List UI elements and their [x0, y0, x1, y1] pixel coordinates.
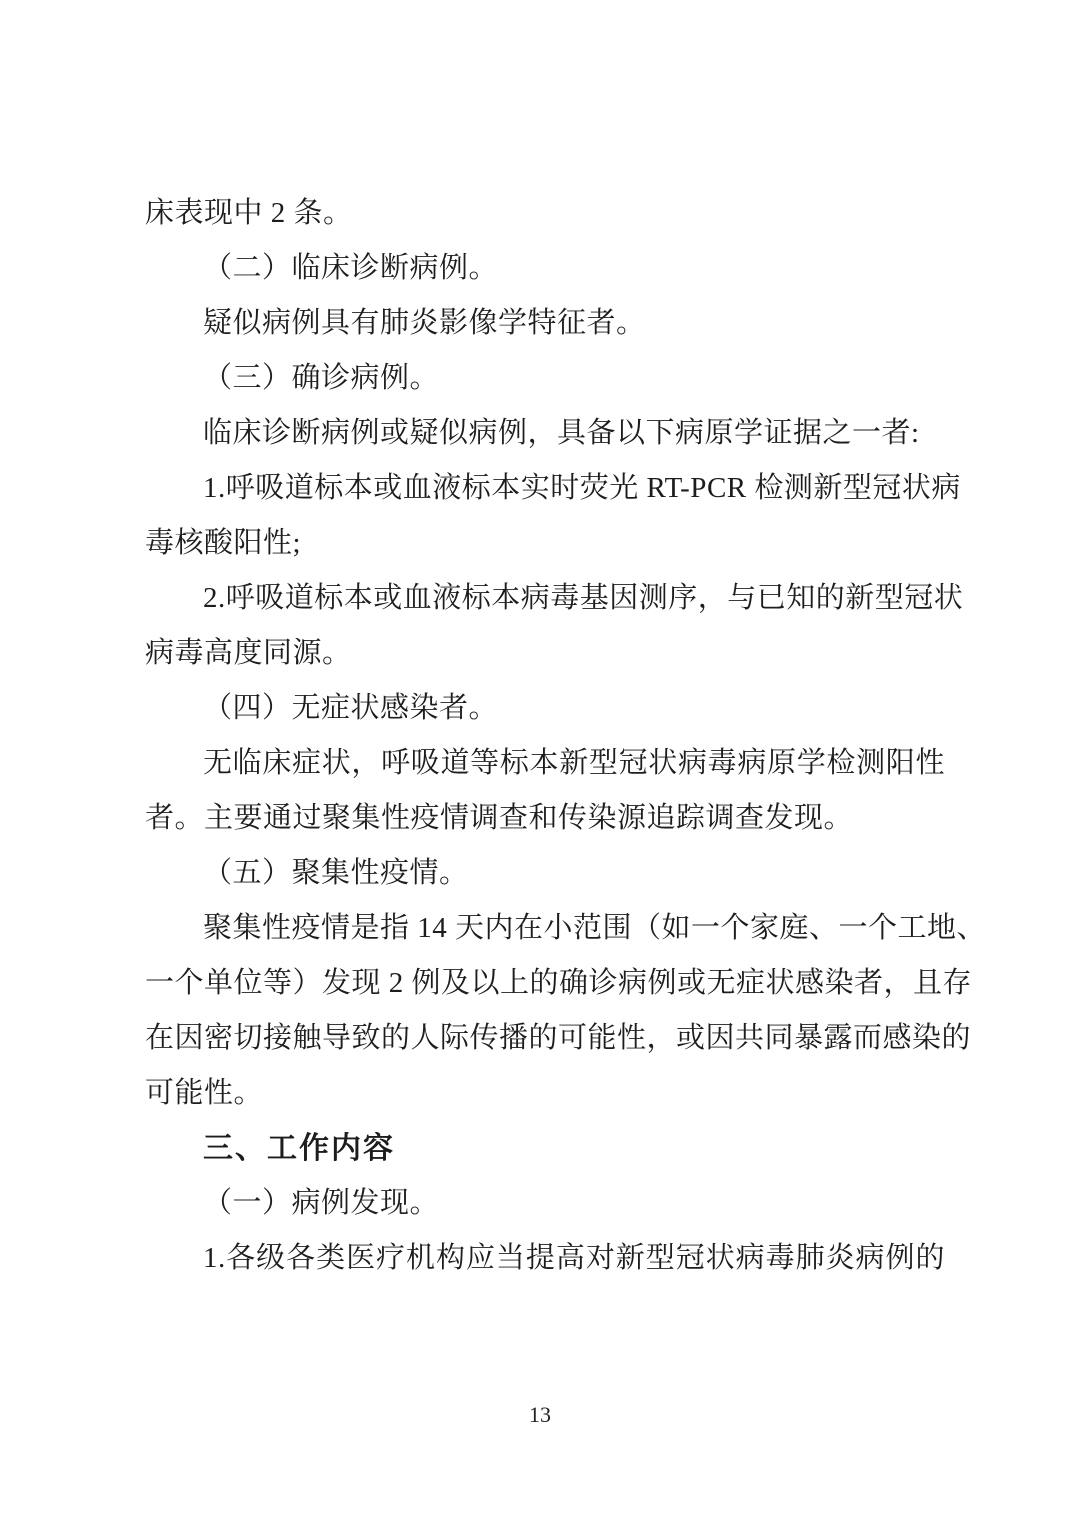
document-page: 床表现中 2 条。（二）临床诊断病例。疑似病例具有肺炎影像学特征者。（三）确诊病…: [0, 0, 1080, 1526]
text-line: 2.呼吸道标本或血液标本病毒基因测序，与已知的新型冠状: [145, 571, 945, 626]
text-line: （三）确诊病例。: [145, 351, 945, 406]
text-line: 聚集性疫情是指 14 天内在小范围（如一个家庭、一个工地、: [145, 901, 945, 956]
text-line: 者。主要通过聚集性疫情调查和传染源追踪调查发现。: [145, 791, 945, 846]
page-number: 13: [0, 1402, 1080, 1428]
text-line: 无临床症状，呼吸道等标本新型冠状病毒病原学检测阳性: [145, 736, 945, 791]
text-line: 毒核酸阳性;: [145, 516, 945, 571]
text-line: 1.呼吸道标本或血液标本实时荧光 RT-PCR 检测新型冠状病: [145, 461, 945, 516]
text-line: 一个单位等）发现 2 例及以上的确诊病例或无症状感染者，且存: [145, 956, 945, 1011]
text-line: （一）病例发现。: [145, 1176, 945, 1231]
text-line: （四）无症状感染者。: [145, 681, 945, 736]
text-line: 临床诊断病例或疑似病例，具备以下病原学证据之一者:: [145, 406, 945, 461]
text-column: 床表现中 2 条。（二）临床诊断病例。疑似病例具有肺炎影像学特征者。（三）确诊病…: [145, 186, 945, 1286]
text-line: 床表现中 2 条。: [145, 186, 945, 241]
text-line: 疑似病例具有肺炎影像学特征者。: [145, 296, 945, 351]
text-line: （二）临床诊断病例。: [145, 241, 945, 296]
text-line: （五）聚集性疫情。: [145, 846, 945, 901]
section-heading: 三、工作内容: [145, 1121, 945, 1176]
text-line: 在因密切接触导致的人际传播的可能性，或因共同暴露而感染的: [145, 1011, 945, 1066]
text-line: 可能性。: [145, 1066, 945, 1121]
text-line: 病毒高度同源。: [145, 626, 945, 681]
text-line: 1.各级各类医疗机构应当提高对新型冠状病毒肺炎病例的: [145, 1231, 945, 1286]
